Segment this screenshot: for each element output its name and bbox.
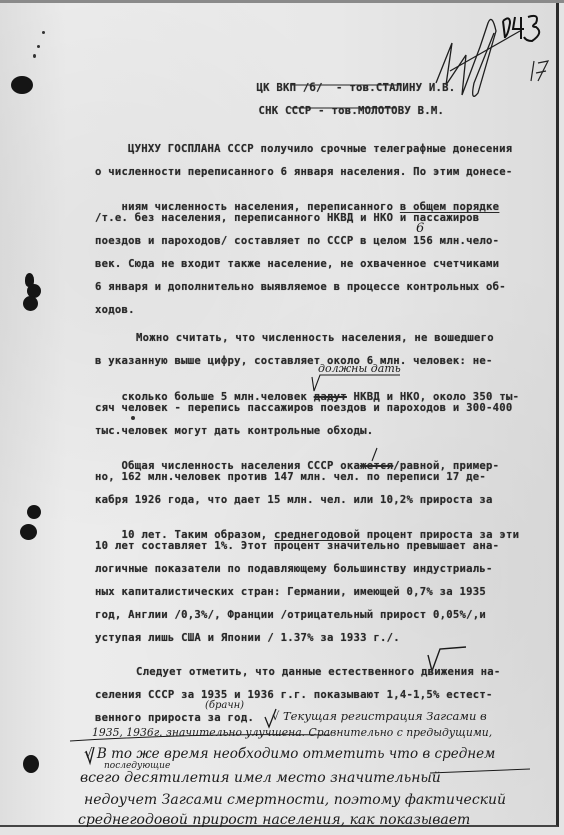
document-page: ЦК ВКП /б/ - тов.СТАЛИНУ И.В. СНК СССР -… bbox=[0, 3, 559, 827]
handwritten-above: (брачн) bbox=[205, 700, 244, 711]
p3-line-9: уступая лишь США и Японии / 1.37% за 193… bbox=[95, 632, 400, 644]
handwritten-insertion: должны дать bbox=[318, 362, 401, 375]
p3-line-3: кабря 1926 года, что дает 15 млн. чел. и… bbox=[95, 494, 493, 506]
p1-line-6: век. Сюда не входит также население, не … bbox=[95, 258, 499, 270]
addressee-line-2: СНК СССР - тов.МОЛОТОВУ В.М. bbox=[232, 93, 444, 129]
p4-line-3: венного прироста за год. bbox=[95, 712, 254, 724]
p1-line-2: о численности переписанного 6 января нас… bbox=[95, 166, 513, 178]
p3-line-7: ных капиталистических стран: Германии, и… bbox=[95, 586, 486, 598]
p3-line-2: но, 162 млн.человек против 147 млн. чел.… bbox=[95, 471, 486, 483]
p4-line-2: селения СССР за 1935 и 1936 г.г. показыв… bbox=[95, 689, 493, 701]
ink-speck bbox=[42, 31, 45, 34]
p2-line-2: в указанную выше цифру, составляет около… bbox=[95, 355, 493, 367]
ink-speck bbox=[131, 416, 135, 420]
p2-line-1: Можно считать, что численность населения… bbox=[136, 332, 494, 344]
addressee-org: СНК СССР - bbox=[259, 105, 332, 117]
handwritten-correction-156: 6 bbox=[416, 221, 424, 236]
punch-hole-mid-1 bbox=[27, 505, 41, 519]
punch-hole-mid-2 bbox=[20, 524, 37, 540]
handwritten-note-3: √ В то же время необходимо отметить что … bbox=[84, 746, 495, 762]
handwritten-note-2: 1935, 1936г. значительно улучшена. Сравн… bbox=[92, 726, 492, 739]
ink-speck bbox=[33, 54, 36, 58]
punch-hole-upper-3 bbox=[23, 296, 38, 311]
handwritten-note-4: всего десятилетия имел место значительны… bbox=[80, 770, 441, 786]
p3-line-6: логичные показатели по подавляющему боль… bbox=[95, 563, 493, 575]
p1-line-1: ЦУНХУ ГОСПЛАНА СССР получило срочные тел… bbox=[128, 143, 512, 155]
p1-line-8: ходов. bbox=[95, 304, 135, 316]
handwritten-note-5: недоучет Загсами смертности, поэтому фак… bbox=[84, 792, 506, 808]
handwritten-note-6: среднегодовой прирост населения, как пок… bbox=[78, 812, 470, 828]
handwritten-note-1: √ Текущая регистрация Загсами в bbox=[272, 709, 487, 723]
p2-line-4: сяч человек - перепись пассажиров поездо… bbox=[95, 402, 513, 414]
ink-speck bbox=[37, 45, 40, 48]
p2-line-5: тыс.человек могут дать контрольные обход… bbox=[95, 425, 373, 437]
p3-line-5: 10 лет составляет 1%. Этот процент значи… bbox=[95, 540, 499, 552]
p1-line-7: 6 января и дополнительно выявляемое в пр… bbox=[95, 281, 506, 293]
p1-line-5: поездов и пароходов/ составляет по СССР … bbox=[95, 235, 499, 247]
punch-hole-bottom bbox=[23, 755, 39, 773]
punch-hole-top bbox=[11, 76, 33, 94]
p4-line-1: Следует отметить, что данные естественно… bbox=[136, 666, 501, 678]
addressee-name: тов.МОЛОТОВУ В.М. bbox=[331, 105, 444, 117]
p3-line-8: год, Англии /0,3%/, Франции /отрицательн… bbox=[95, 609, 486, 621]
